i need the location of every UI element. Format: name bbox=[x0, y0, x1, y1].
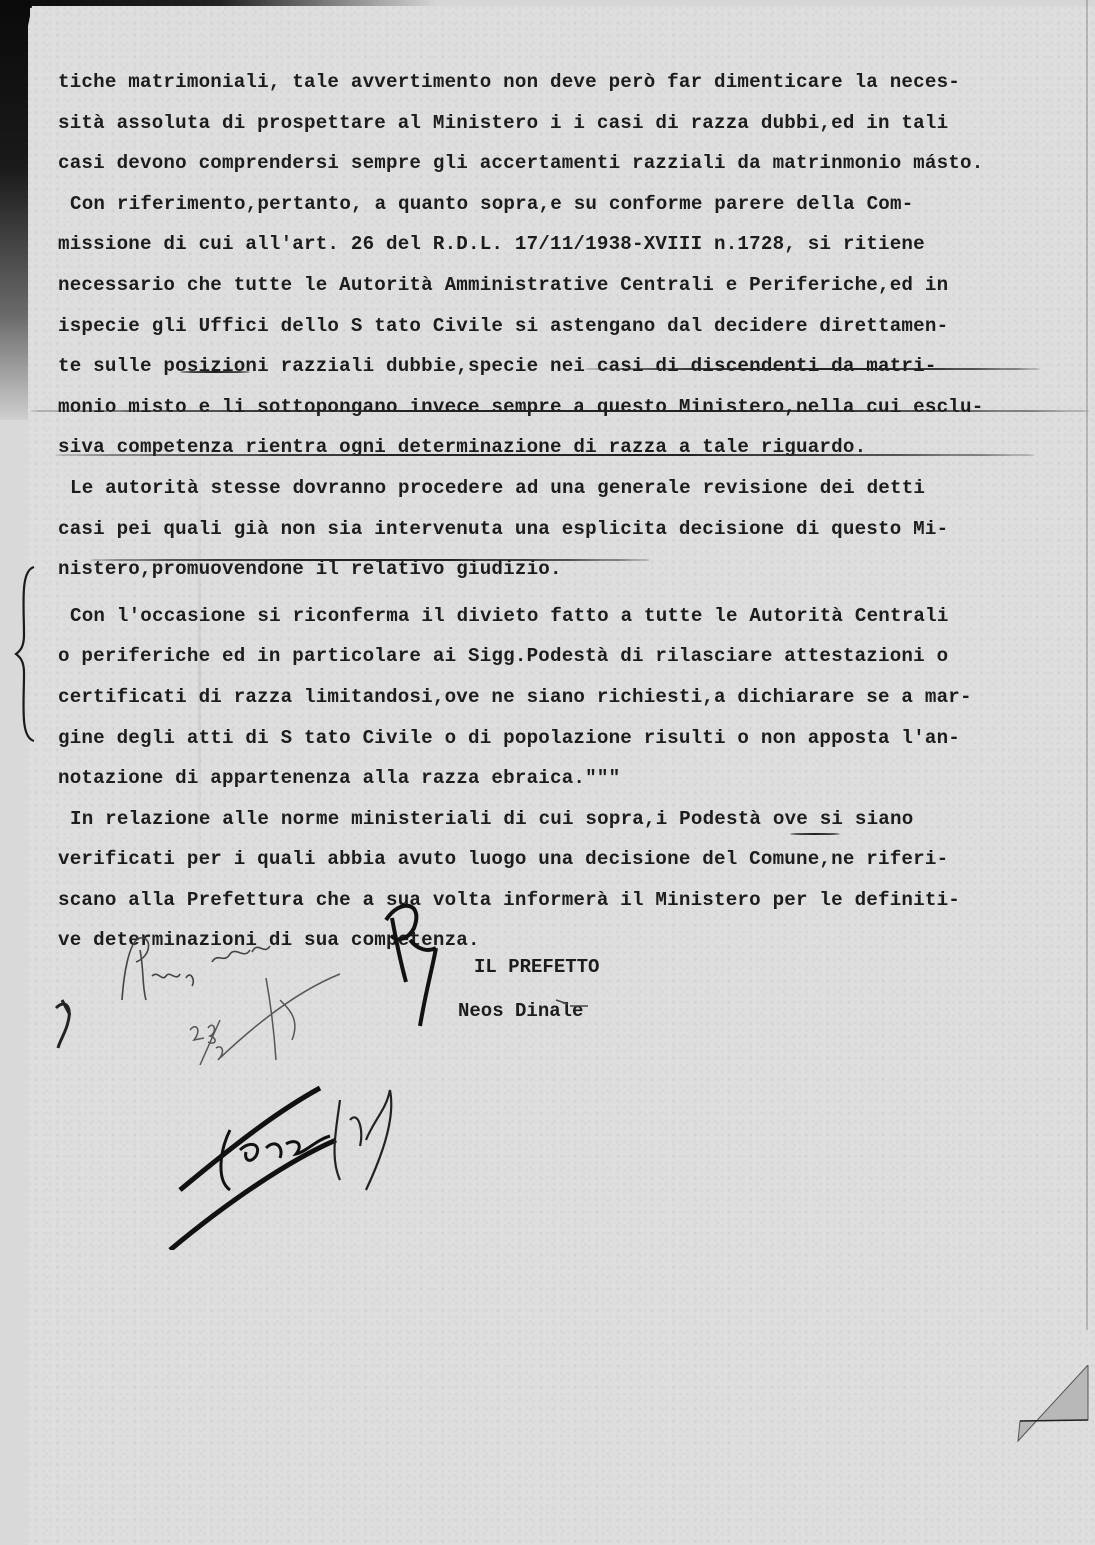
handwritten-underline bbox=[180, 371, 250, 373]
handwritten-underline bbox=[90, 559, 650, 561]
text-line: verificati per i quali abbia avuto luogo… bbox=[58, 839, 1088, 880]
text-line: ispecie gli Uffici dello S tato Civile s… bbox=[58, 306, 1088, 347]
text-line: sità assoluta di prospettare al Minister… bbox=[58, 103, 1088, 144]
text-line: tiche matrimoniali, tale avvertimento no… bbox=[58, 62, 1088, 103]
folded-corner bbox=[1012, 1365, 1095, 1445]
handwritten-underline bbox=[55, 454, 1035, 456]
paragraph-riferimento: Con riferimento,pertanto, a quanto sopra… bbox=[58, 184, 1088, 468]
text-line: te sulle posizioni razziali dubbie,speci… bbox=[58, 346, 1088, 387]
paragraph-divieto: Con l'occasione si riconferma il divieto… bbox=[58, 596, 1088, 799]
text-line: Le autorità stesse dovranno procedere ad… bbox=[58, 468, 1088, 509]
text-line: Con l'occasione si riconferma il divieto… bbox=[58, 596, 1088, 637]
scan-backdrop-left bbox=[0, 0, 30, 420]
handwritten-underline bbox=[790, 833, 840, 835]
text-line: In relazione alle norme ministeriali di … bbox=[58, 799, 1088, 840]
handwritten-underline bbox=[585, 368, 1040, 370]
paragraph-continuation: tiche matrimoniali, tale avvertimento no… bbox=[58, 62, 1088, 184]
handwritten-annotations bbox=[40, 890, 660, 1250]
text-line: casi pei quali già non sia intervenuta u… bbox=[58, 509, 1088, 550]
text-line: notazione di appartenenza alla razza ebr… bbox=[58, 758, 1088, 799]
text-line: nistero,promuovendone il relativo giudiz… bbox=[58, 549, 1088, 590]
text-line: siva competenza rientra ogni determinazi… bbox=[58, 427, 1088, 468]
text-line: certificati di razza limitandosi,ove ne … bbox=[58, 677, 1088, 718]
text-line: Con riferimento,pertanto, a quanto sopra… bbox=[58, 184, 1088, 225]
text-line: missione di cui all'art. 26 del R.D.L. 1… bbox=[58, 224, 1088, 265]
text-line: necessario che tutte le Autorità Amminis… bbox=[58, 265, 1088, 306]
text-line: gine degli atti di S tato Civile o di po… bbox=[58, 718, 1088, 759]
text-line: casi devono comprendersi sempre gli acce… bbox=[58, 143, 1088, 184]
text-line: o periferiche ed in particolare ai Sigg.… bbox=[58, 636, 1088, 677]
margin-brace-mark bbox=[14, 565, 36, 743]
paragraph-revisione: Le autorità stesse dovranno procedere ad… bbox=[58, 468, 1088, 590]
text-line: monio misto e li sottopongano invece sem… bbox=[58, 387, 1088, 428]
handwritten-underline bbox=[30, 410, 1090, 412]
typed-body: tiche matrimoniali, tale avvertimento no… bbox=[58, 62, 1088, 961]
